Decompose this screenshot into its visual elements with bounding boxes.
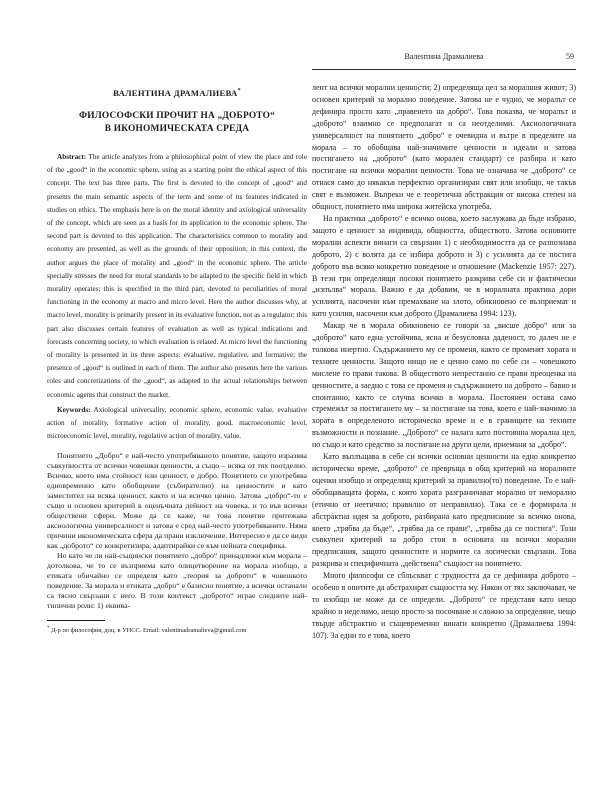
footnote-text: Д-р по философия, доц. в УНСС. Email: va…: [51, 628, 246, 635]
footnote-mark: *: [47, 626, 50, 631]
abstract-paragraph: Abstract: The article analyzes from a ph…: [47, 151, 307, 402]
running-header: Валентина Драмалиева 59: [312, 52, 576, 64]
author-name-text: ВАЛЕНТИНА ДРАМАЛИЕВА: [113, 88, 237, 98]
keywords-label: Keywords:: [57, 406, 91, 414]
body-paragraph: На практика „доброто“ е всичко онова, ко…: [312, 213, 576, 320]
article-second-page: Валентина Драмалиева 59 лент на всички м…: [312, 52, 576, 642]
left-page-body-text: Понятието „Добро“ е най-често употребява…: [47, 451, 307, 611]
article-first-page: ВАЛЕНТИНА ДРАМАЛИЕВА* ФИЛОСОФСКИ ПРОЧИТ …: [47, 88, 307, 636]
body-paragraph: Макар че в морала обикновено се говори з…: [312, 320, 576, 451]
body-paragraph: лент на всички морални ценности; 2) опре…: [312, 82, 576, 213]
article-title: ФИЛОСОФСКИ ПРОЧИТ НА „ДОБРОТО“ В ИКОНОМИ…: [47, 110, 307, 135]
abstract-text: The article analyzes from a philosophica…: [47, 153, 307, 399]
author-footnote-mark: *: [238, 88, 241, 94]
footnote-separator-rule: [47, 620, 105, 621]
keywords-paragraph: Keywords: Axiological universality, econ…: [47, 404, 307, 444]
article-title-line1: ФИЛОСОФСКИ ПРОЧИТ НА „ДОБРОТО“: [79, 111, 275, 121]
body-paragraph: Много философи се сблъскват с трудността…: [312, 570, 576, 641]
page-number: 59: [566, 52, 574, 62]
body-paragraph: Но като че ли най-същински понятието „до…: [47, 551, 307, 611]
abstract-label: Abstract:: [57, 153, 86, 161]
scanned-journal-spread: ВАЛЕНТИНА ДРАМАЛИЕВА* ФИЛОСОФСКИ ПРОЧИТ …: [0, 0, 600, 800]
body-paragraph: Понятието „Добро“ е най-често употребява…: [47, 451, 307, 551]
author-footnote: * Д-р по философия, доц. в УНСС. Email: …: [47, 625, 307, 635]
header-rule: [312, 69, 576, 70]
author-name: ВАЛЕНТИНА ДРАМАЛИЕВА*: [47, 88, 307, 98]
body-paragraph: Като въплъщава в себе си всички основни …: [312, 451, 576, 570]
article-title-line2: В ИКОНОМИЧЕСКАТА СРЕДА: [105, 124, 249, 134]
running-header-author: Валентина Драмалиева: [404, 52, 483, 61]
right-page-body-text: лент на всички морални ценности; 2) опре…: [312, 82, 576, 642]
